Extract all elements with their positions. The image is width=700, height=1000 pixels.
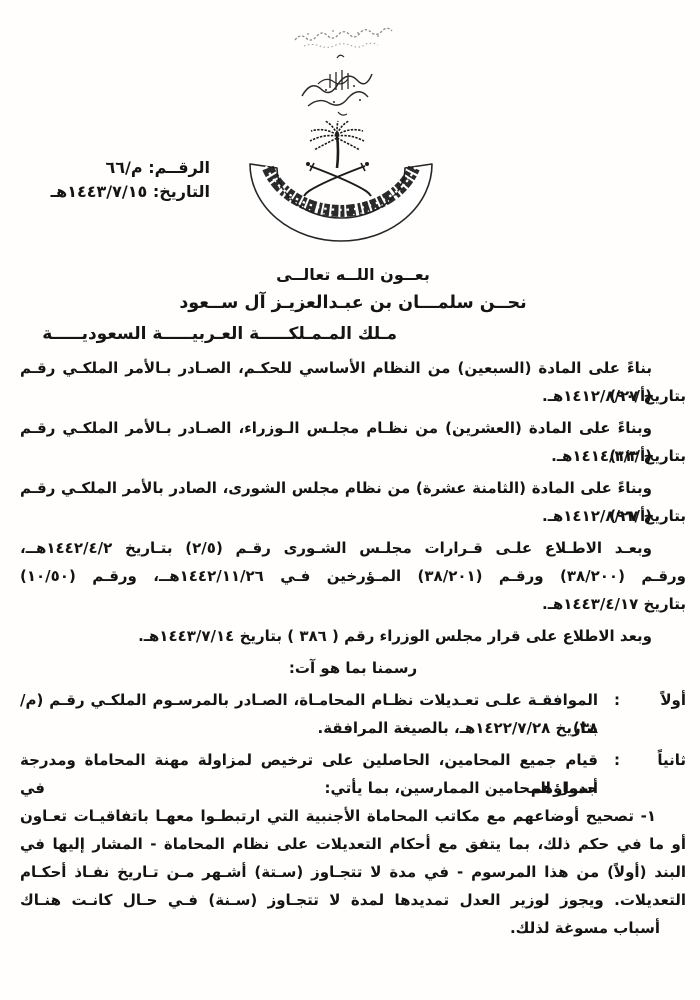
body-line: وبناءً على المادة (الثامنة عشرة) من نظام…: [20, 474, 686, 502]
body-line: بتاريخ ١٤١٤/٣/٣هـ.: [20, 442, 686, 470]
body-line: وبعـد الاطـلاع علـى قـرارات مجلـس الشـور…: [20, 534, 686, 562]
body-line: قيام جميع المحامين، الحاصلين على ترخيص ل…: [20, 746, 598, 774]
doc-date: التاريخ: ١٤٤٣/٧/١٥هـ: [16, 180, 210, 204]
body-line: بتاريخ ١٤٢٢/٧/٢٨هـ، بالصيغة المرافقة.: [20, 714, 598, 742]
body-line: ورقـم (٣٨/٢٠٠) ورقـم (٣٨/٢٠١) المـؤرخين …: [20, 562, 686, 590]
body-line: الموافقـة علـى تعـديلات نظـام المحامـاة،…: [20, 686, 598, 714]
recital-paragraph: وبعد الاطلاع على قرار مجلس الوزراء رقم (…: [20, 622, 686, 650]
doc-number: الرقــم: م/٦٦: [16, 156, 210, 180]
numbered-item-1: ١- تصحيح أوضاعهم مع مكاتب المحاماة الأجن…: [20, 802, 686, 942]
section-content: الموافقـة علـى تعـديلات نظـام المحامـاة،…: [20, 686, 598, 742]
section-label-colon: :: [614, 686, 620, 714]
body-line: التعديلات. ويجوز لوزير العدل تمديدها لمد…: [20, 886, 686, 914]
section-label-text: أولاً: [660, 686, 686, 714]
recital-paragraph: وبناءً على المادة (العشرين) من نظـام مجل…: [20, 414, 686, 470]
doc-meta: الرقــم: م/٦٦ التاريخ: ١٤٤٣/٧/١٥هـ: [16, 156, 210, 204]
section-content: قيام جميع المحامين، الحاصلين على ترخيص ل…: [20, 746, 598, 802]
decree-page: الرقــم: م/٦٦ التاريخ: ١٤٤٣/٧/١٥هـ بعــو…: [0, 0, 700, 1000]
saudi-emblem: [238, 16, 444, 248]
section-label: ثانياً :: [598, 746, 686, 774]
royal-calligraphy-icon: [302, 55, 372, 115]
recital-paragraph: وبناءً على المادة (الثامنة عشرة) من نظام…: [20, 474, 686, 530]
body-line: بناءً على المادة (السبعين) من النظام الأ…: [20, 354, 686, 382]
body-line: بتاريخ ١٤١٢/٨/٢٧هـ.: [20, 382, 686, 410]
section-first: أولاً : الموافقـة علـى تعـديلات نظـام ال…: [20, 686, 686, 742]
section-label-colon: :: [614, 746, 620, 774]
body-line: ١- تصحيح أوضاعهم مع مكاتب المحاماة الأجن…: [20, 802, 686, 830]
section-label: أولاً :: [598, 686, 686, 714]
decree-intro-paragraph: رسمنا بما هو آت:: [20, 654, 686, 682]
invocation-line: بعــون اللــه تعالــى: [20, 262, 686, 288]
recital-paragraph: وبعـد الاطـلاع علـى قـرارات مجلـس الشـور…: [20, 534, 686, 618]
recital-paragraph: بناءً على المادة (السبعين) من النظام الأ…: [20, 354, 686, 410]
body-line: أو ما في حكم ذلك، بما يتفق مع أحكام التع…: [20, 830, 686, 858]
body-line: وبعد الاطلاع على قرار مجلس الوزراء رقم (…: [20, 622, 686, 650]
section-second: ثانياً : قيام جميع المحامين، الحاصلين عل…: [20, 746, 686, 802]
body-line: وبناءً على المادة (العشرين) من نظـام مجل…: [20, 414, 686, 442]
body-line: البند (أولاً) من هذا المرسوم - في مدة لا…: [20, 858, 686, 886]
body-line: بتاريخ ١٤٤٣/٤/١٧هـ.: [20, 590, 686, 618]
palm-tree-icon: [310, 121, 364, 168]
section-label-text: ثانياً: [657, 746, 686, 774]
decree-body: بعــون اللــه تعالــى نحــن سلمـــان بن …: [0, 262, 700, 942]
basmala-calligraphy-icon: [295, 28, 392, 47]
kingdom-title-line: مـلك المـمـلكـــــة العـربيـــــة السعود…: [20, 318, 686, 350]
king-name-line: نحــن سلمـــان بن عبـدالعزيـز آل ســعود: [20, 288, 686, 318]
body-line: أسباب مسوغة لذلك.: [20, 914, 686, 942]
body-line: بتاريخ ١٤١٢/٨/٢٧هـ.: [20, 502, 686, 530]
decree-intro-line: رسمنا بما هو آت:: [20, 654, 686, 682]
